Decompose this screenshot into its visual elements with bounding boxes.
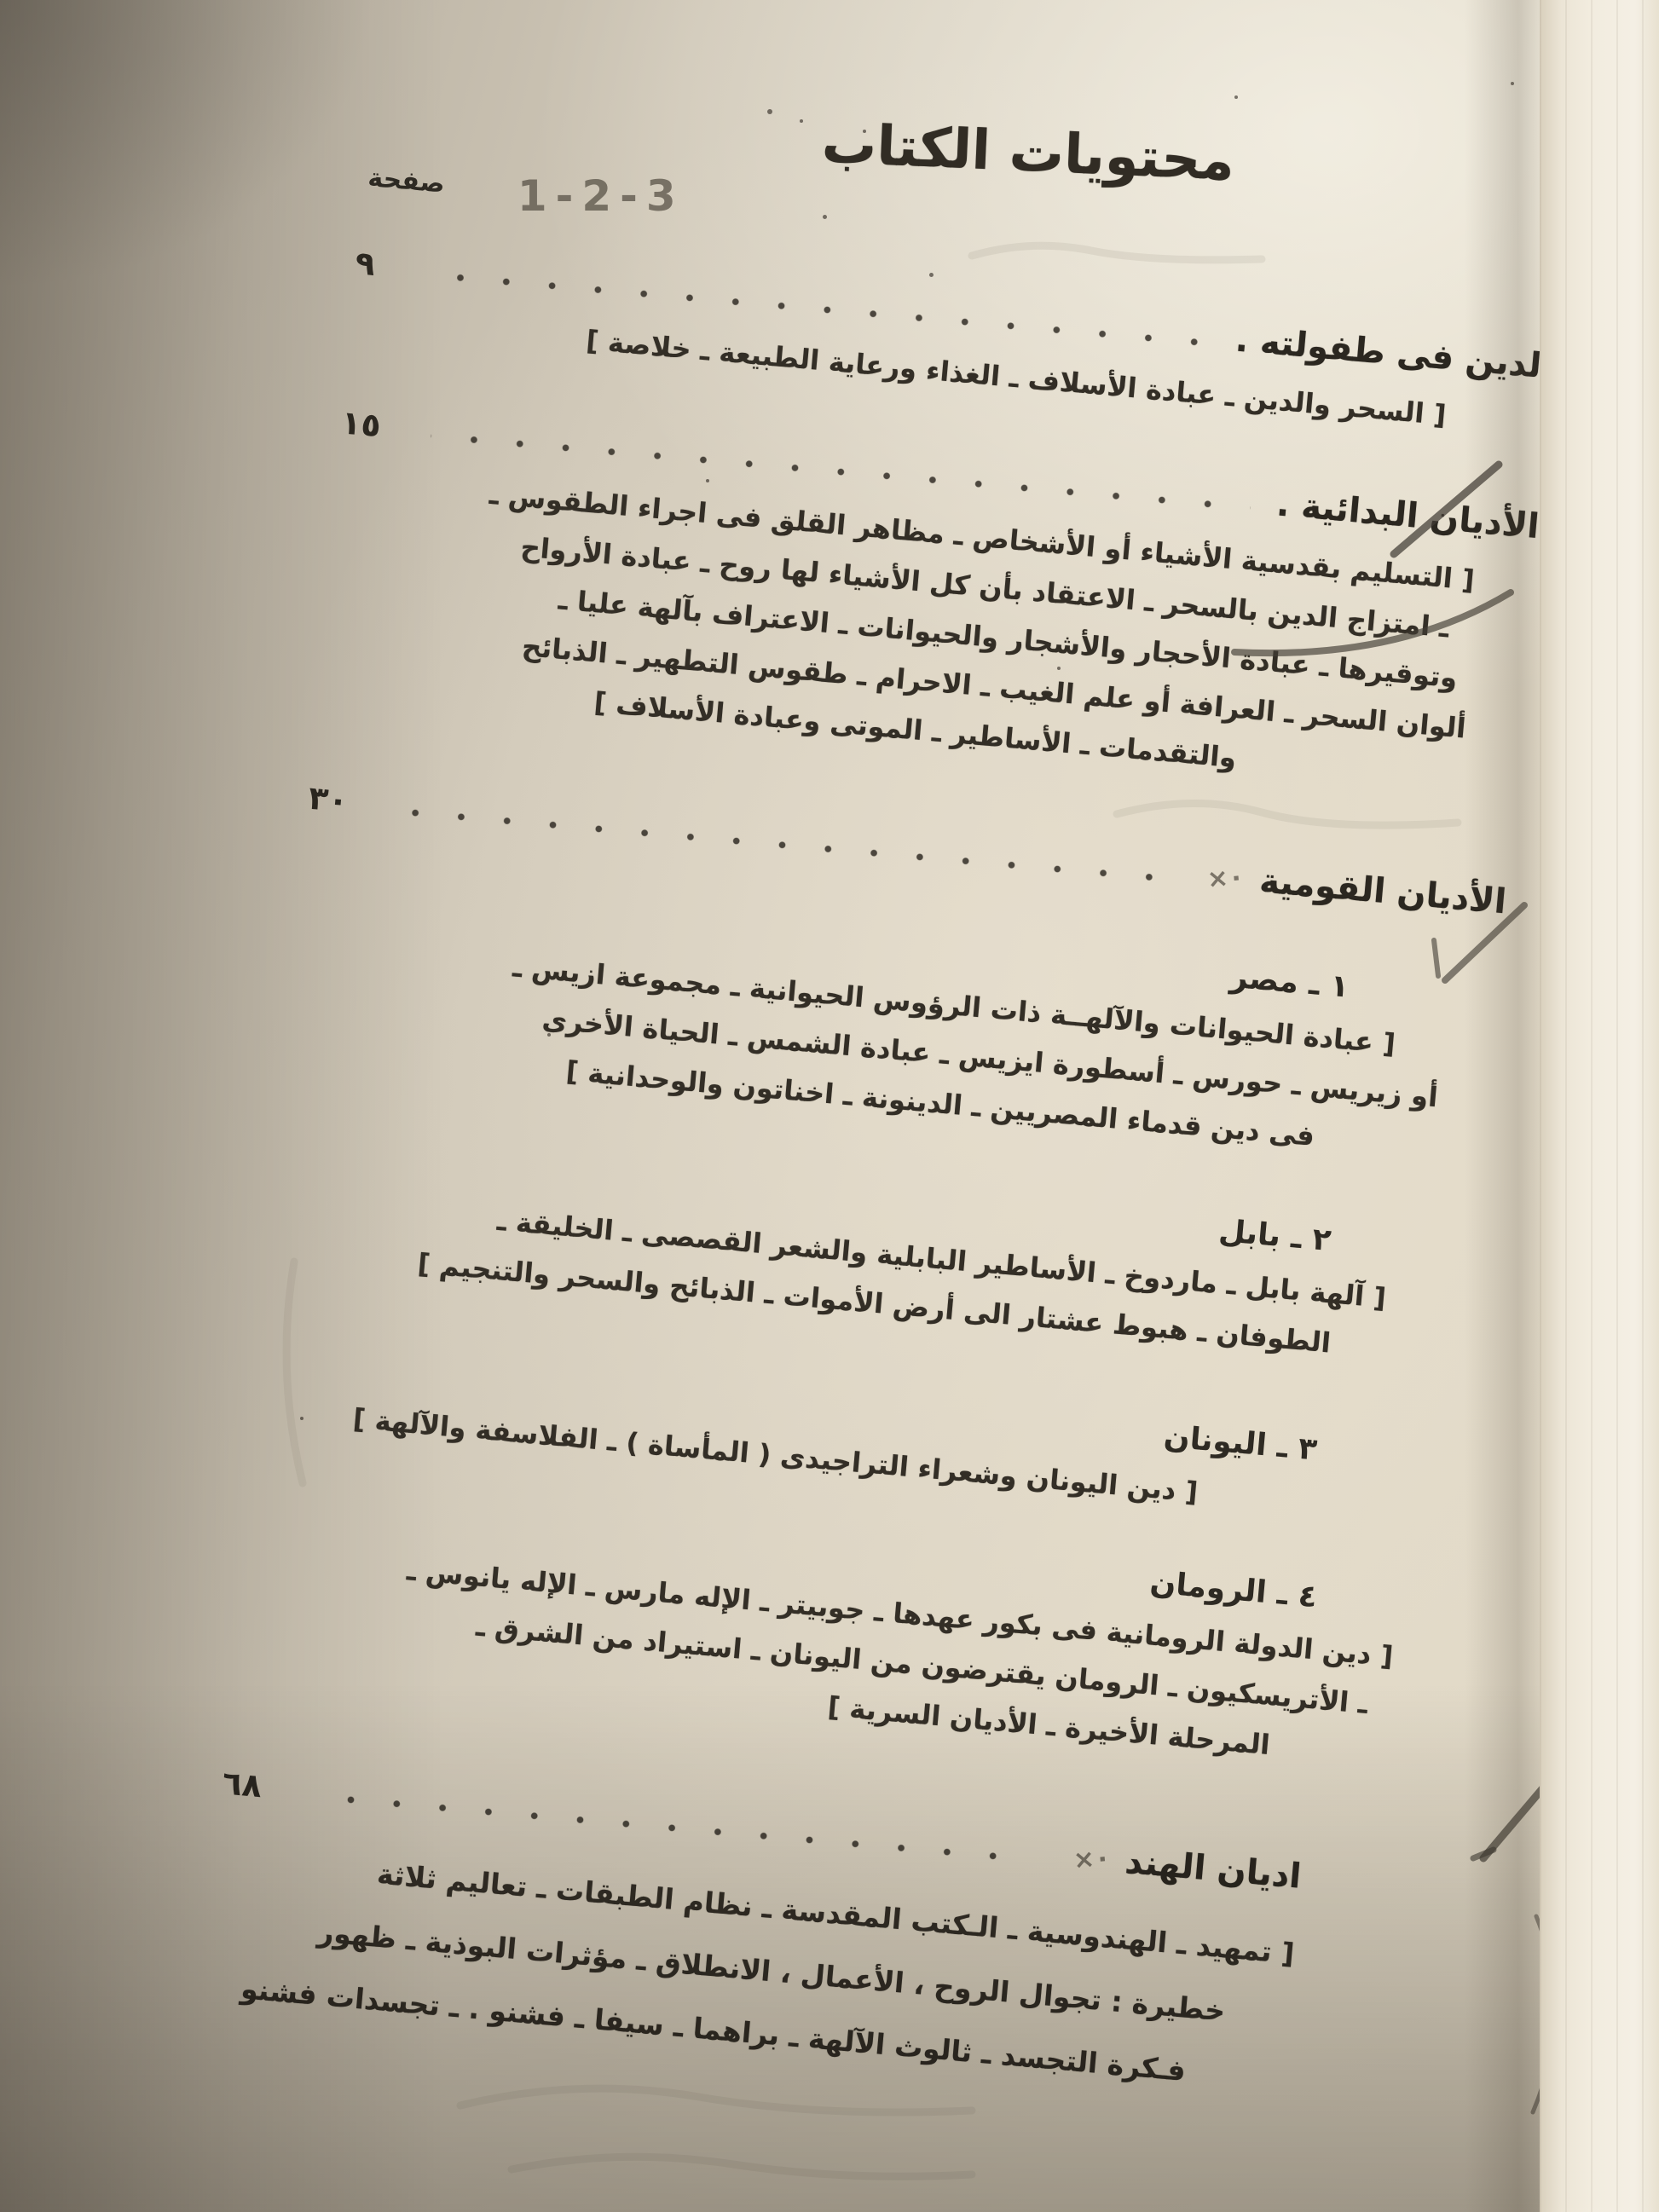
entry-page-number: ٦٨ — [221, 1764, 289, 1806]
entry-page-number: ٩ — [354, 244, 422, 286]
entry-heading: الأديان البدائية . — [1275, 484, 1541, 546]
pen-tick-mark — [1473, 1850, 1494, 1858]
book-page-photo: محتويات الكتاب صفحة 1-2-3 ٩ الدين فى طفو… — [0, 0, 1659, 2212]
pencil-x-mark: ×٠ — [1206, 861, 1246, 894]
pen-paren-mark — [1533, 1916, 1555, 2112]
entry-heading: اديان الهند — [1124, 1842, 1303, 1897]
pencil-x-mark: ×٠ — [1072, 1842, 1111, 1875]
speck — [1511, 82, 1514, 85]
table-of-contents: محتويات الكتاب صفحة 1-2-3 ٩ الدين فى طفو… — [202, 43, 1572, 2122]
speck — [1234, 95, 1238, 99]
handwritten-page-numbers: 1-2-3 — [517, 171, 685, 221]
page-curl-edge — [1540, 0, 1659, 2212]
entry-page-number: ٣٠ — [307, 779, 375, 822]
dot-leader — [397, 806, 1166, 884]
entry-heading: الأديان القومية — [1258, 861, 1508, 921]
entry-page-number: ١٥ — [340, 403, 408, 446]
pen-slash-mark — [1483, 1780, 1550, 1858]
